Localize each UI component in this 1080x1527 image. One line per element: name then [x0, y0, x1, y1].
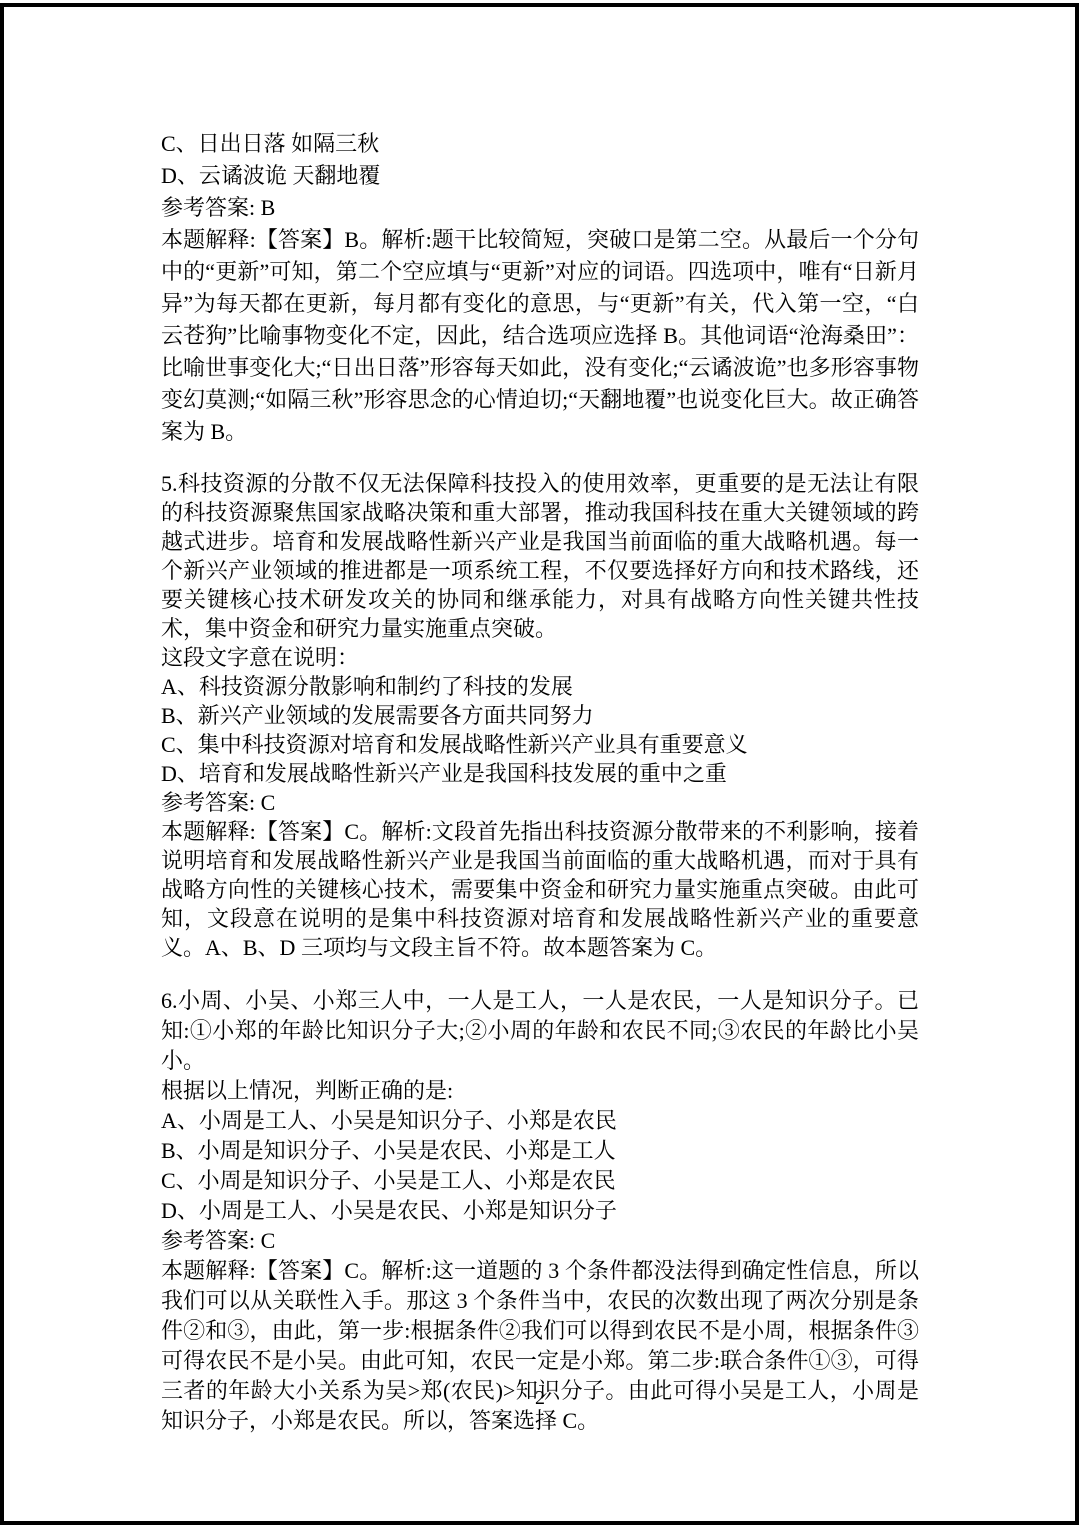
page-content: C、日出日落 如隔三秋 D、云谲波诡 天翻地覆 参考答案: B 本题解释:【答案… [161, 128, 919, 1436]
question-6-option-a: A、小周是工人、小吴是知识分子、小郑是农民 [161, 1106, 919, 1136]
page-number: 2 [0, 1386, 1080, 1410]
question-5-section: 5.科技资源的分散不仅无法保障科技投入的使用效率，更重要的是无法让有限的科技资源… [161, 469, 919, 962]
question-6-stem: 6.小周、小吴、小郑三人中，一人是工人，一人是农民，一人是知识分子。已知:①小郑… [161, 986, 919, 1076]
question-4-option-d: D、云谲波诡 天翻地覆 [161, 160, 919, 192]
question-6-section: 6.小周、小吴、小郑三人中，一人是工人，一人是农民，一人是知识分子。已知:①小郑… [161, 986, 919, 1436]
question-5-option-a: A、科技资源分散影响和制约了科技的发展 [161, 672, 919, 701]
question-5-explanation: 本题解释:【答案】C。解析:文段首先指出科技资源分散带来的不利影响，接着说明培育… [161, 817, 919, 962]
question-4-option-c: C、日出日落 如隔三秋 [161, 128, 919, 160]
question-5-answer: 参考答案: C [161, 788, 919, 817]
question-6-option-d: D、小周是工人、小吴是农民、小郑是知识分子 [161, 1196, 919, 1226]
question-5-option-b: B、新兴产业领域的发展需要各方面共同努力 [161, 701, 919, 730]
question-5-stem: 5.科技资源的分散不仅无法保障科技投入的使用效率，更重要的是无法让有限的科技资源… [161, 469, 919, 643]
question-5-option-c: C、集中科技资源对培育和发展战略性新兴产业具有重要意义 [161, 730, 919, 759]
question-5-prompt: 这段文字意在说明： [161, 643, 919, 672]
question-5-option-d: D、培育和发展战略性新兴产业是我国科技发展的重中之重 [161, 759, 919, 788]
question-6-answer: 参考答案: C [161, 1226, 919, 1256]
question-6-option-b: B、小周是知识分子、小吴是农民、小郑是工人 [161, 1136, 919, 1166]
question-4-answer: 参考答案: B [161, 192, 919, 224]
question-4-explanation: 本题解释:【答案】B。解析:题干比较简短，突破口是第二空。从最后一个分句中的“更… [161, 224, 919, 448]
question-6-option-c: C、小周是知识分子、小吴是工人、小郑是农民 [161, 1166, 919, 1196]
question-6-prompt: 根据以上情况，判断正确的是: [161, 1076, 919, 1106]
question-4-tail-section: C、日出日落 如隔三秋 D、云谲波诡 天翻地覆 参考答案: B 本题解释:【答案… [161, 128, 919, 448]
document-page: C、日出日落 如隔三秋 D、云谲波诡 天翻地覆 参考答案: B 本题解释:【答案… [0, 0, 1080, 1527]
